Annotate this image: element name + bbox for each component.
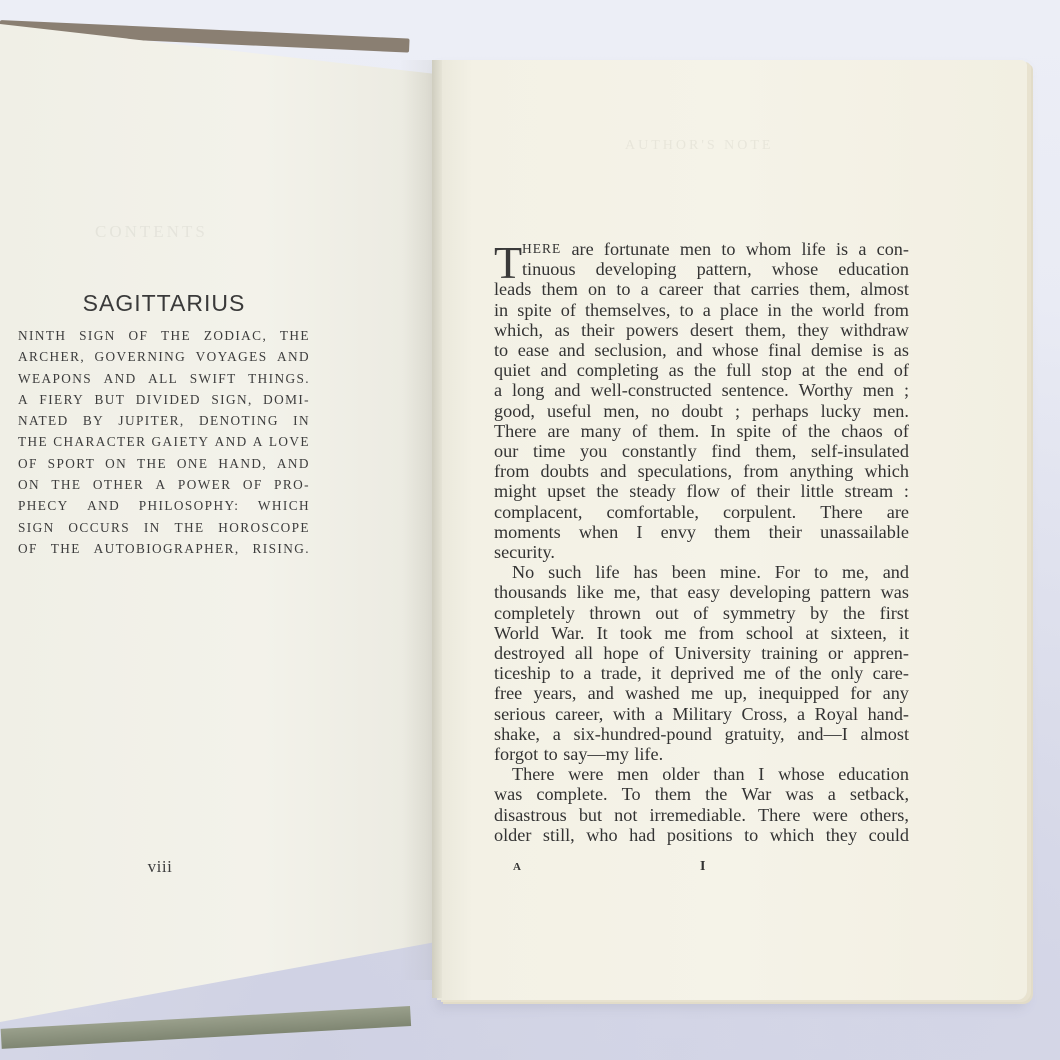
chapter-line: good,usefulmen,nodoubt;perhapsluckymen. <box>494 401 909 421</box>
chapter-line: toeaseandseclusion,andwhosefinaldemiseis… <box>494 340 909 360</box>
chapter-line: ThereweremenolderthanIwhoseeducation <box>494 764 909 784</box>
chapter-line: forgottosay—mylife. <box>494 744 909 764</box>
chapter-line: olderstill,whohadpositionstowhichtheycou… <box>494 825 909 845</box>
epigraph-line: WEAPONSANDALLSWIFTTHINGS. <box>18 368 310 389</box>
epigraph-title: SAGITTARIUS <box>18 290 310 317</box>
page-number-left: viii <box>140 857 180 877</box>
book-gutter <box>432 60 442 998</box>
chapter-line: HEREarefortunatementowhomlifeisacon- <box>494 239 909 259</box>
chapter-line: quietandcompletingasthefullstopattheendo… <box>494 360 909 380</box>
chapter-text: HEREarefortunatementowhomlifeisacon-tinu… <box>494 239 909 845</box>
epigraph: SAGITTARIUS NINTHSIGNOFTHEZODIAC,THEARCH… <box>18 290 310 559</box>
chapter-line: mightupsetthesteadyflowoftheirlittlestre… <box>494 481 909 501</box>
chapter-line: momentswhenIenvythemtheirunassailable <box>494 522 909 542</box>
chapter-line: leadsthemontoacareerthatcarriesthem,almo… <box>494 279 909 299</box>
epigraph-line: ONTHEOTHERAPOWEROFPRO- <box>18 474 310 495</box>
epigraph-line: AFIERYBUTDIVIDEDSIGN,DOMI- <box>18 389 310 410</box>
epigraph-line: ARCHER,GOVERNINGVOYAGESAND <box>18 346 310 367</box>
chapter-line: shake,asix-hundred-poundgratuity,and—Ial… <box>494 724 909 744</box>
page-number-right: I <box>700 859 705 875</box>
chapter-line: tinuousdevelopingpattern,whoseeducation <box>494 259 909 279</box>
chapter-line: ourtimeyouconstantlyfindthem,self-insula… <box>494 441 909 461</box>
epigraph-line: SIGNOCCURSINTHEHOROSCOPE <box>18 517 310 538</box>
epigraph-line: OFTHEAUTOBIOGRAPHER,RISING. <box>18 538 310 559</box>
chapter-line: WorldWar.Ittookmefromschoolatsixteen,it <box>494 623 909 643</box>
chapter-line: thousandslikeme,thateasydevelopingpatter… <box>494 582 909 602</box>
chapter-line: Nosuchlifehasbeenmine.Fortome,and <box>494 562 909 582</box>
epigraph-line: OFSPORTONTHEONEHAND,AND <box>18 453 310 474</box>
right-page-ghost-text: AUTHOR'S NOTE <box>625 138 773 154</box>
chapter-line: inspiteofthemselves,toaplaceintheworldfr… <box>494 300 909 320</box>
chapter-line: which,astheirpowersdesertthem,theywithdr… <box>494 320 909 340</box>
chapter-line: fromdoubtsandspeculations,fromanythingwh… <box>494 461 909 481</box>
epigraph-line: NATEDBYJUPITER,DENOTINGIN <box>18 410 310 431</box>
chapter-line: alongandwell-constructedsentence.Worthym… <box>494 380 909 400</box>
chapter-line: complacent,comfortable,corpulent.Therear… <box>494 502 909 522</box>
chapter-line: completelythrownoutofsymmetrybythefirst <box>494 603 909 623</box>
chapter-line: destroyedallhopeofUniversitytrainingorap… <box>494 643 909 663</box>
chapter-line: Therearemanyofthem.Inspiteofthechaosof <box>494 421 909 441</box>
chapter-line: wascomplete.TothemtheWarwasasetback, <box>494 784 909 804</box>
epigraph-line: NINTHSIGNOFTHEZODIAC,THE <box>18 325 310 346</box>
smallcaps-opening: HERE <box>522 239 561 259</box>
epigraph-line: THECHARACTERGAIETYANDALOVE <box>18 431 310 452</box>
epigraph-body: NINTHSIGNOFTHEZODIAC,THEARCHER,GOVERNING… <box>18 325 310 559</box>
chapter-line: seriouscareer,withaMilitaryCross,aRoyalh… <box>494 704 909 724</box>
epigraph-line: PHECYANDPHILOSOPHY:WHICH <box>18 495 310 516</box>
chapter-line: ticeshiptoatrade,itdeprivedmeoftheonlyca… <box>494 663 909 683</box>
chapter-line: security. <box>494 542 909 562</box>
signature-mark: A <box>513 861 521 873</box>
left-page-ghost-text: CONTENTS <box>95 222 208 242</box>
chapter-line: freeyears,andwashedmeup,inequippedforany <box>494 683 909 703</box>
chapter-line: disastrousbutnotirremediable.Therewereot… <box>494 805 909 825</box>
